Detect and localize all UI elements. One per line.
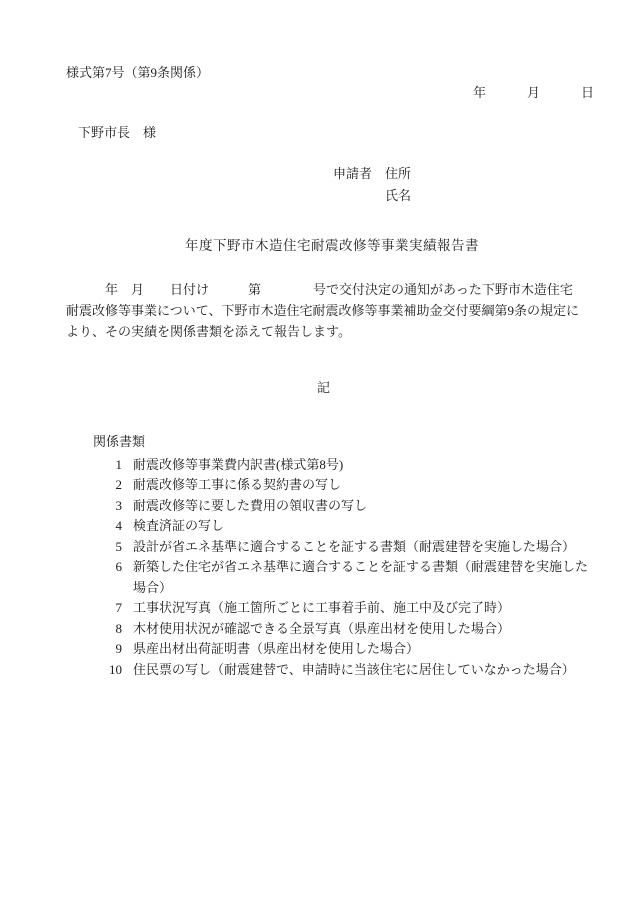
attachment-item-number: 8 (93, 619, 122, 640)
attachment-item: 9 県産出材出荷証明書（県産出材を使用した場合） (93, 639, 613, 660)
document-page: 様式第7号（第9条関係） 年 月 日 下野市長 様 申請者 住所 氏名 年度下野… (0, 0, 630, 903)
attachment-item-text: 耐震改修等に要した費用の領収書の写し (133, 496, 367, 517)
attachment-item: 1 耐震改修等事業費内訳書(様式第8号) (93, 455, 613, 476)
attachment-item-text: 県産出材出荷証明書（県産出材を使用した場合） (133, 639, 419, 660)
applicant-address-line: 申請者 住所 (333, 167, 411, 180)
body-paragraph: 年 月 日付け 第 号で交付決定の通知があった下野市木造住宅 耐震改修等事業につ… (66, 279, 586, 342)
document-title: 年度下野市木造住宅耐震改修等事業実績報告書 (185, 239, 479, 253)
applicant-name-line: 氏名 (385, 189, 411, 202)
ki-section-marker: 記 (317, 381, 330, 394)
attachment-item: 10 住民票の写し（耐震建替で、申請時に当該住宅に居住していなかった場合） (93, 660, 613, 681)
attachment-item: 4 検査済証の写し (93, 516, 613, 537)
attachment-item-number: 5 (93, 537, 122, 558)
attachment-item-number: 1 (93, 455, 122, 476)
attachment-item-number: 2 (93, 475, 122, 496)
attachment-item-number: 6 (93, 557, 122, 578)
attachment-item-number: 9 (93, 639, 122, 660)
attachment-item-text: 検査済証の写し (133, 516, 224, 537)
attachment-item-text: 新築した住宅が省エネ基準に適合することを証する書類（耐震建替を実施した 場合） (133, 557, 588, 598)
attachments-heading: 関係書類 (93, 432, 613, 453)
attachment-item-text: 耐震改修等事業費内訳書(様式第8号) (133, 455, 343, 476)
attachments-section: 関係書類 1 耐震改修等事業費内訳書(様式第8号) 2 耐震改修等工事に係る契約… (93, 432, 613, 680)
attachment-item: 8 木材使用状況が確認できる全景写真（県産出材を使用した場合） (93, 619, 613, 640)
attachment-item-text: 工事状況写真（施工箇所ごとに工事着手前、施工中及び完了時） (133, 598, 510, 619)
attachment-item-text: 設計が省エネ基準に適合することを証する書類（耐震建替を実施した場合） (133, 537, 575, 558)
attachment-item: 3 耐震改修等に要した費用の領収書の写し (93, 496, 613, 517)
attachment-item: 2 耐震改修等工事に係る契約書の写し (93, 475, 613, 496)
attachment-item: 5 設計が省エネ基準に適合することを証する書類（耐震建替を実施した場合） (93, 537, 613, 558)
addressee-line: 下野市長 様 (78, 126, 156, 139)
attachment-item-text: 耐震改修等工事に係る契約書の写し (133, 475, 341, 496)
attachment-item: 6 新築した住宅が省エネ基準に適合することを証する書類（耐震建替を実施した 場合… (93, 557, 613, 598)
form-number: 様式第7号（第9条関係） (66, 66, 209, 79)
attachment-item-number: 4 (93, 516, 122, 537)
attachment-item-number: 10 (93, 660, 122, 681)
attachment-item-number: 3 (93, 496, 122, 517)
attachment-item-text: 住民票の写し（耐震建替で、申請時に当該住宅に居住していなかった場合） (133, 660, 575, 681)
attachment-item-number: 7 (93, 598, 122, 619)
date-blank-line: 年 月 日 (473, 86, 595, 99)
attachment-item: 7 工事状況写真（施工箇所ごとに工事着手前、施工中及び完了時） (93, 598, 613, 619)
attachment-item-text: 木材使用状況が確認できる全景写真（県産出材を使用した場合） (133, 619, 510, 640)
